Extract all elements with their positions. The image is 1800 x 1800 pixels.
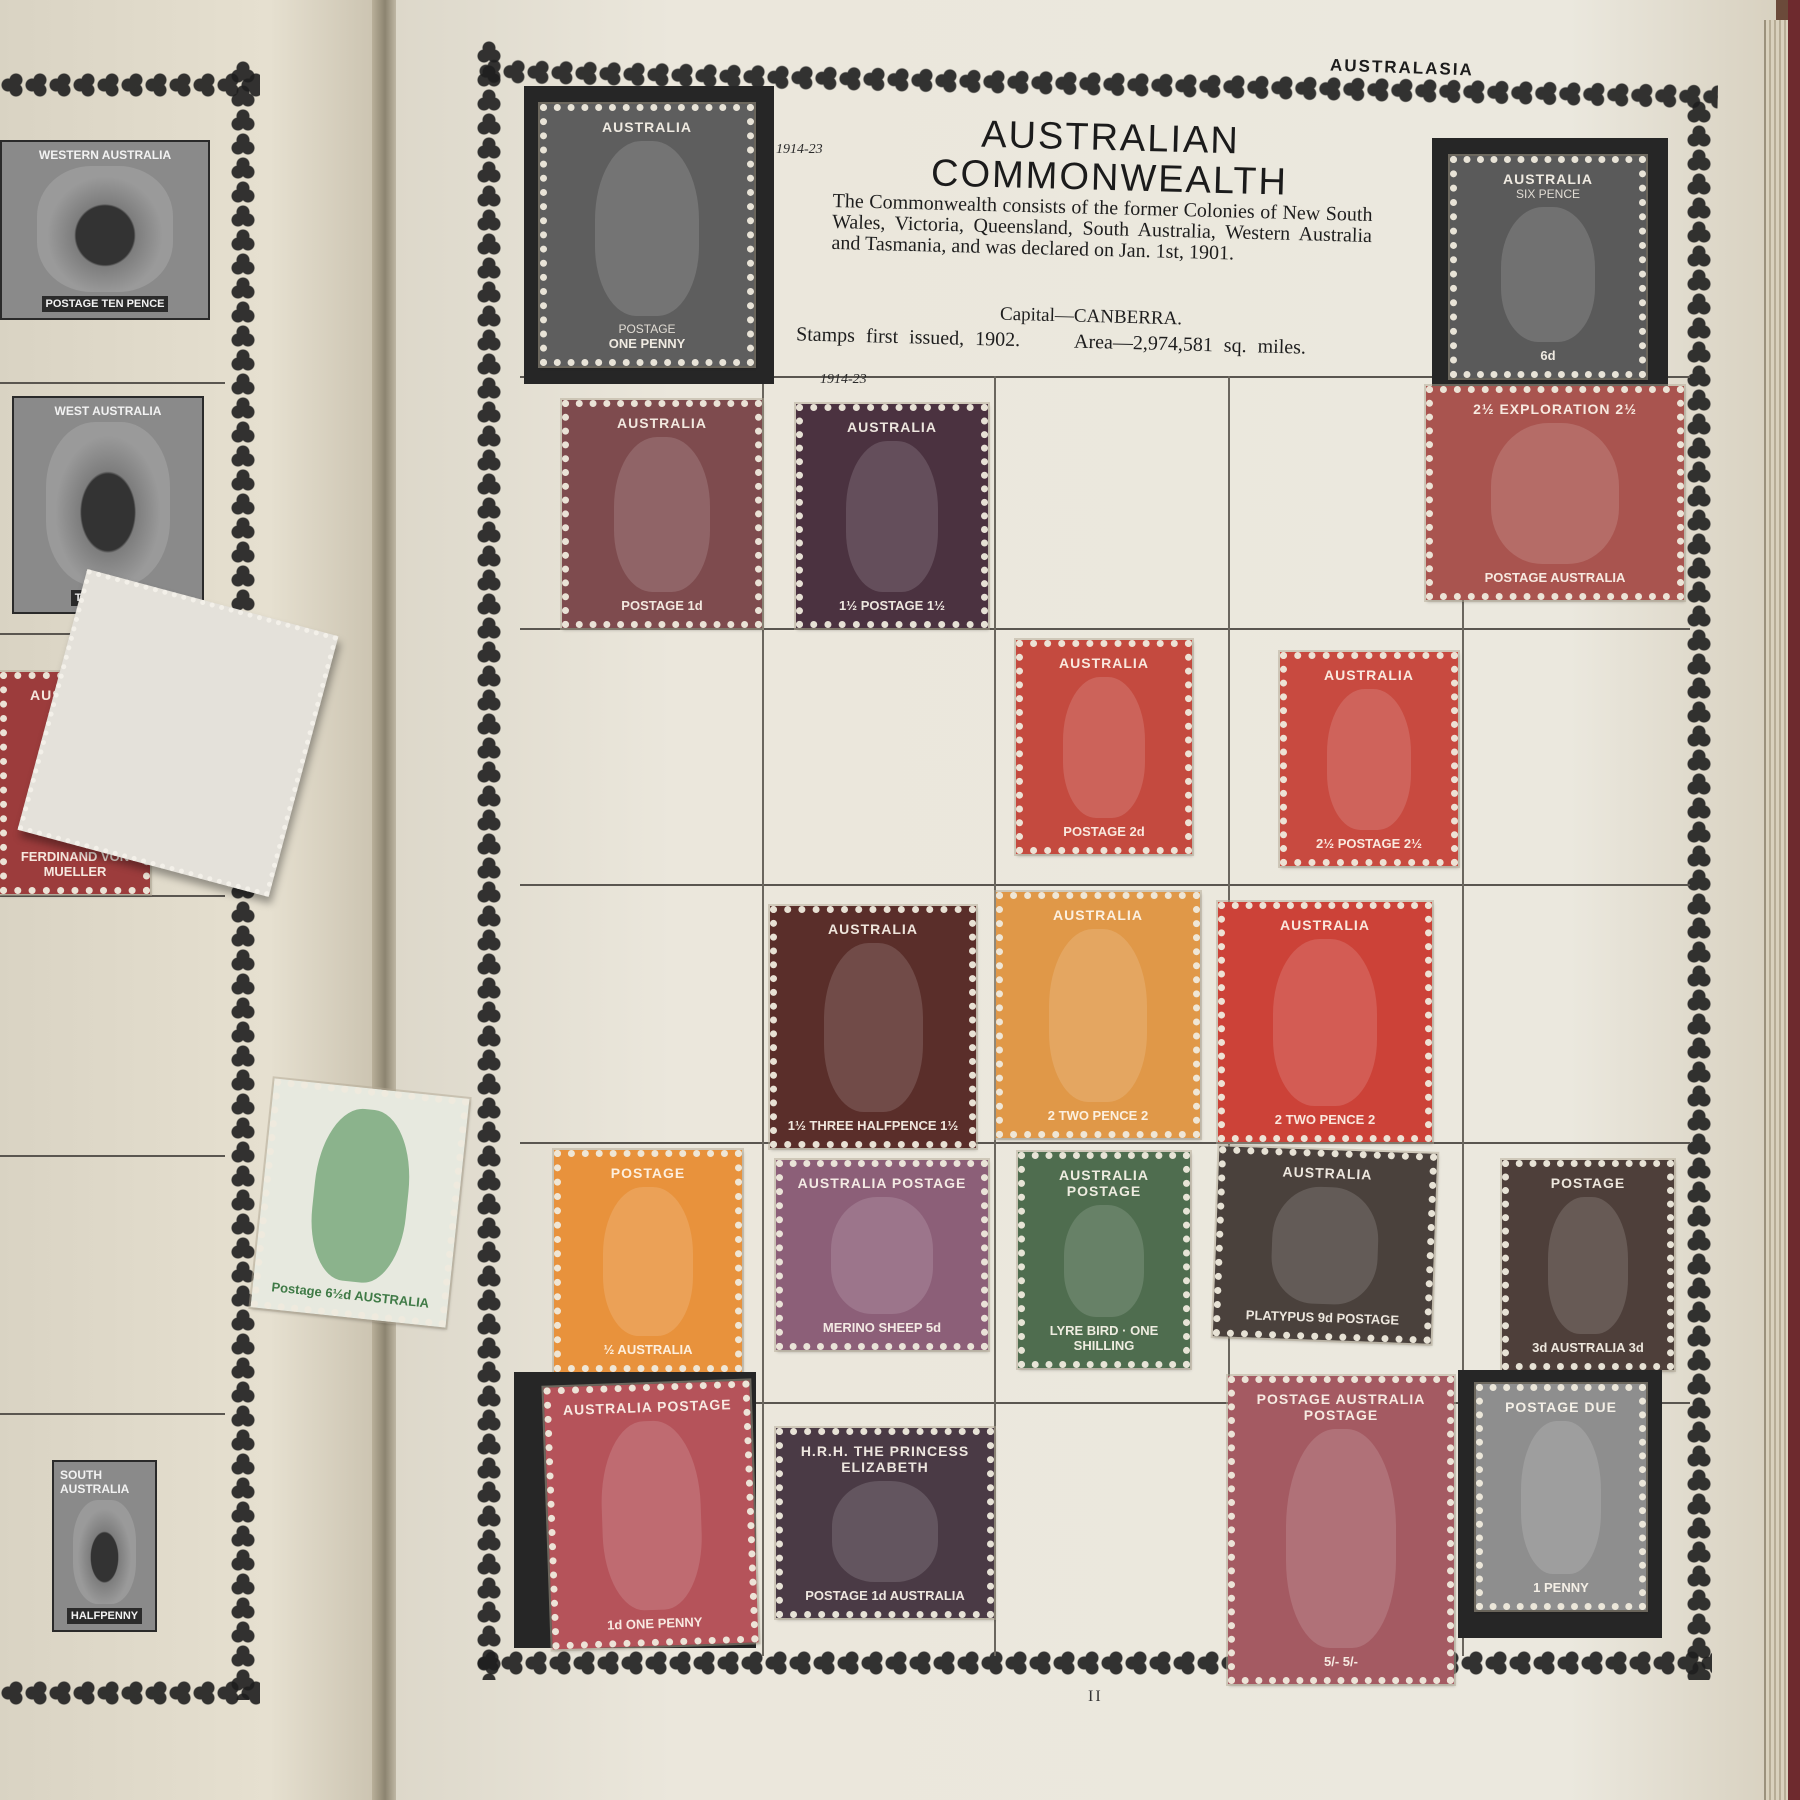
king-george-v-portrait bbox=[1273, 939, 1376, 1106]
numeral-one-illustration bbox=[1521, 1421, 1600, 1574]
kookaburra-illustration bbox=[1501, 207, 1595, 342]
merino-sheep-illustration bbox=[831, 1197, 933, 1314]
queen-statue-illustration bbox=[1286, 1429, 1396, 1648]
grid-line bbox=[520, 884, 1690, 886]
clover-border-left-bottom bbox=[0, 1680, 260, 1706]
stamp[interactable]: AUSTRALIA 2 TWO PENCE 2 bbox=[996, 892, 1200, 1138]
stamp[interactable]: AUSTRALIA POSTAGE MERINO SHEEP 5d bbox=[776, 1160, 988, 1350]
album-gutter bbox=[372, 0, 398, 1800]
stamp[interactable]: AUSTRALIA 2½ POSTAGE 2½ bbox=[1280, 652, 1458, 866]
left-grid-line bbox=[0, 382, 225, 384]
left-grid-line bbox=[0, 895, 225, 897]
king-george-vi-portrait bbox=[1327, 689, 1411, 830]
stamp[interactable]: POSTAGE AUSTRALIA POSTAGE 5/- 5/- bbox=[1228, 1376, 1454, 1684]
explorer-portrait bbox=[1491, 423, 1619, 564]
lyrebird-illustration bbox=[1064, 1205, 1144, 1317]
area-text: Area—2,974,581 sq. miles. bbox=[1074, 331, 1306, 359]
king-george-vi-portrait bbox=[1548, 1197, 1628, 1334]
grid-line bbox=[520, 1142, 1690, 1144]
stamp[interactable]: AUSTRALIA POSTAGE 1d bbox=[562, 400, 762, 628]
clover-border-left bbox=[476, 40, 502, 1680]
page-number: II bbox=[1088, 1688, 1103, 1706]
left-grid-line bbox=[0, 1413, 225, 1415]
stamp[interactable]: AUSTRALIA 1½ POSTAGE 1½ bbox=[796, 404, 988, 628]
grid-line bbox=[520, 628, 1690, 630]
king-portrait bbox=[595, 141, 698, 316]
grid-line bbox=[762, 376, 764, 1656]
queen-elizabeth-portrait bbox=[846, 441, 937, 592]
king-george-v-portrait bbox=[824, 943, 923, 1112]
stamp[interactable]: 2½ EXPLORATION 2½ POSTAGE AUSTRALIA bbox=[1426, 386, 1684, 600]
king-george-vi-portrait bbox=[305, 1105, 416, 1287]
clover-border-left-top bbox=[0, 72, 260, 98]
stamp-one-penny-george-v[interactable]: AUSTRALIA POSTAGE ONE PENNY bbox=[540, 104, 754, 366]
queen-portrait bbox=[73, 1500, 135, 1604]
stamp[interactable]: AUSTRALIA PLATYPUS 9d POSTAGE bbox=[1213, 1146, 1437, 1343]
page-title: AUSTRALIAN COMMONWEALTH bbox=[859, 111, 1361, 204]
left-grid-line bbox=[0, 1155, 225, 1157]
kangaroo-illustration bbox=[603, 1187, 692, 1336]
stamp[interactable]: AUSTRALIA POSTAGE LYRE BIRD · ONE SHILLI… bbox=[1018, 1152, 1190, 1368]
loose-stamp[interactable]: Postage 6½d AUSTRALIA bbox=[251, 1078, 470, 1327]
king-george-v-portrait bbox=[1049, 929, 1147, 1102]
first-issued-text: Stamps first issued, 1902. bbox=[796, 323, 1021, 351]
stamp[interactable]: AUSTRALIA 1½ THREE HALFPENCE 1½ bbox=[770, 906, 976, 1148]
stamp[interactable]: POSTAGE 3d AUSTRALIA 3d bbox=[1502, 1160, 1674, 1370]
stamp[interactable]: AUSTRALIA 2 TWO PENCE 2 bbox=[1218, 902, 1432, 1142]
stamp-album-photo: AUSTRALASIA AUSTRALIAN COMMONWEALTH The … bbox=[0, 0, 1800, 1800]
stamp-kookaburra-six-pence[interactable]: AUSTRALIA SIX PENCE 6d bbox=[1450, 156, 1646, 378]
queen-portrait bbox=[46, 422, 169, 586]
clover-border-bottom bbox=[476, 1650, 1712, 1676]
queen-elizabeth-portrait bbox=[614, 437, 710, 592]
stamp[interactable]: H.R.H. THE PRINCESS ELIZABETH POSTAGE 1d… bbox=[776, 1428, 994, 1618]
printed-stamp-western-australia-swan: WESTERN AUSTRALIA POSTAGE TEN PENCE bbox=[0, 140, 210, 320]
stamp[interactable]: AUSTRALIA POSTAGE 2d bbox=[1016, 640, 1192, 854]
printed-stamp-south-australia-halfpenny: SOUTH AUSTRALIA HALFPENNY bbox=[52, 1460, 157, 1632]
kangaroo-map-illustration bbox=[598, 1419, 704, 1611]
black-swan-illustration bbox=[37, 166, 173, 292]
stamp-postage-due[interactable]: POSTAGE DUE 1 PENNY bbox=[1476, 1384, 1646, 1610]
handwritten-note: 1914-23 bbox=[776, 142, 823, 158]
album-cover bbox=[1788, 0, 1800, 1800]
princess-elizabeth-portrait bbox=[832, 1481, 938, 1582]
king-george-vi-portrait bbox=[1063, 677, 1146, 818]
stamp[interactable]: POSTAGE ½ AUSTRALIA bbox=[554, 1150, 742, 1372]
stamp[interactable]: AUSTRALIA POSTAGE 1d ONE PENNY bbox=[543, 1380, 758, 1649]
clover-border-right bbox=[1686, 100, 1712, 1680]
platypus-illustration bbox=[1270, 1185, 1380, 1306]
handwritten-note: 1914-23 bbox=[820, 372, 867, 388]
